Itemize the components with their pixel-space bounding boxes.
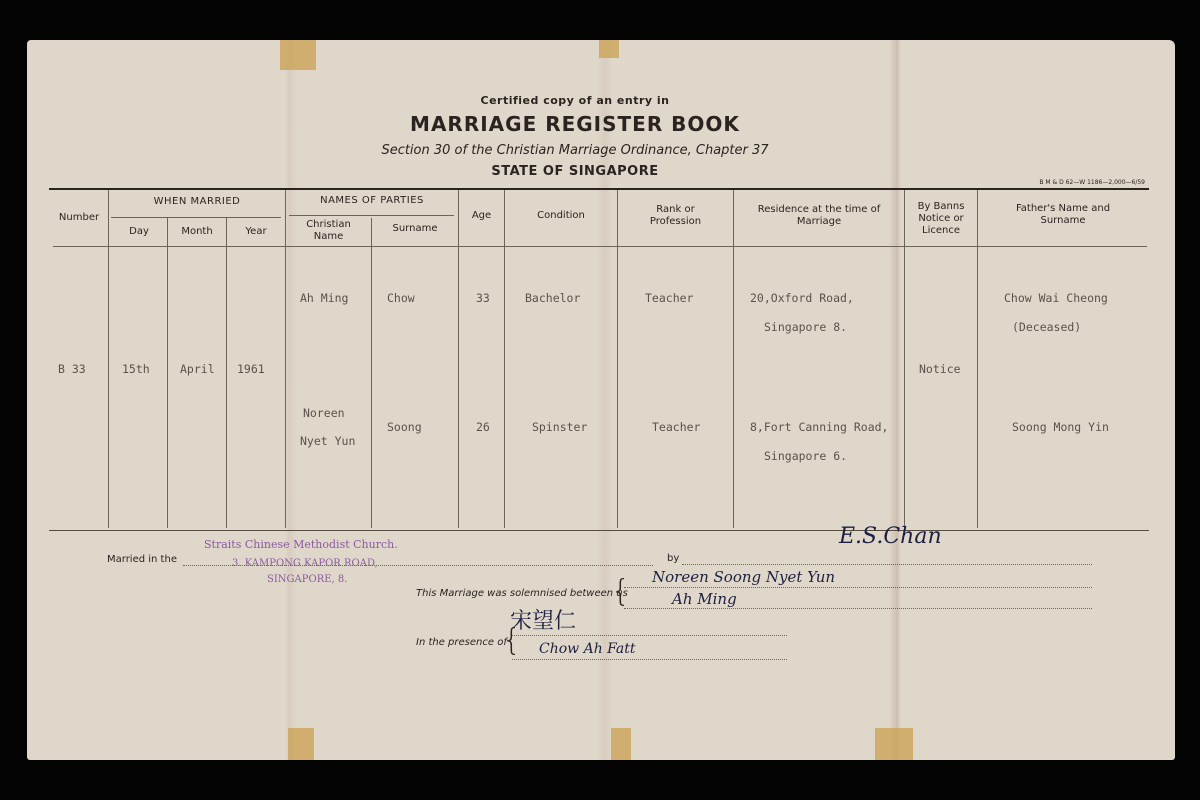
header-year: Year — [227, 226, 285, 238]
groom-residence-line1: 20,Oxford Road, — [750, 291, 854, 305]
header-name-line: Name — [286, 231, 371, 243]
witness-line-1 — [512, 635, 787, 636]
tape-strip — [875, 728, 913, 760]
column-divider — [371, 218, 372, 528]
party-signature-line-1 — [624, 587, 1092, 588]
column-divider — [617, 190, 618, 528]
by-label: by — [667, 553, 679, 564]
section-line: Section 30 of the Christian Marriage Ord… — [1, 143, 1149, 158]
header-licence-line: Licence — [905, 225, 977, 237]
tape-strip — [611, 728, 631, 760]
tape-strip — [288, 728, 314, 760]
table-top-rule — [49, 188, 1149, 190]
groom-father-name: Chow Wai Cheong — [1004, 291, 1108, 305]
church-stamp-name: Straits Chinese Methodist Church. — [204, 538, 398, 551]
church-stamp-address: 3. KAMPONG KAPOR ROAD, — [232, 558, 378, 569]
entry-month: April — [180, 362, 215, 376]
header-bottom-rule — [53, 246, 1147, 247]
entry-day: 15th — [122, 362, 150, 376]
groom-condition: Bachelor — [525, 291, 580, 305]
bride-christian-name-line2: Nyet Yun — [300, 434, 355, 448]
bride-surname: Soong — [387, 420, 422, 434]
header-father-line: Father's Name and — [978, 203, 1148, 215]
header-names-of-parties: NAMES OF PARTIES — [286, 195, 458, 207]
entry-banns: Notice — [919, 362, 961, 376]
tape-strip — [280, 40, 316, 70]
presence-label: In the presence of — [416, 637, 507, 648]
form-number: B M & D 62—W 1186—2,000—6/59 — [1039, 179, 1145, 186]
header-when-married: WHEN MARRIED — [111, 196, 283, 208]
bride-residence-line2: Singapore 6. — [764, 449, 847, 463]
column-divider — [904, 190, 905, 528]
header-profession-line: Profession — [618, 216, 733, 228]
church-stamp-city: SINGAPORE, 8. — [267, 574, 347, 585]
column-divider — [167, 218, 168, 528]
column-divider — [504, 190, 505, 528]
header-number: Number — [53, 212, 105, 224]
bride-christian-name-line1: Noreen — [303, 406, 345, 420]
header-underline — [289, 215, 454, 216]
bride-father-name: Soong Mong Yin — [1012, 420, 1109, 434]
column-divider — [108, 190, 109, 528]
groom-signature: Ah Ming — [672, 590, 737, 608]
header-rank-profession: Rank or Profession — [618, 204, 733, 228]
column-divider — [733, 190, 734, 528]
tape-strip — [599, 40, 619, 58]
bride-residence-line1: 8,Fort Canning Road, — [750, 420, 888, 434]
column-divider — [977, 190, 978, 528]
header-christian-line: Christian — [286, 219, 371, 231]
groom-profession: Teacher — [645, 291, 693, 305]
header-day: Day — [111, 226, 167, 238]
groom-age: 33 — [476, 291, 490, 305]
table-bottom-rule — [49, 530, 1149, 531]
solemnised-label: This Marriage was solemnised between us — [416, 588, 628, 599]
entry-number: B 33 — [58, 362, 86, 376]
bride-profession: Teacher — [652, 420, 700, 434]
bride-condition: Spinster — [532, 420, 587, 434]
witness-signature-chinese: 宋望仁 — [510, 604, 576, 635]
header-rank-line: Rank or — [618, 204, 733, 216]
married-in-label: Married in the — [107, 554, 177, 565]
header-marriage-line: Marriage — [734, 216, 904, 228]
party-signature-line-2 — [624, 608, 1092, 609]
header-residence-line: Residence at the time of — [734, 204, 904, 216]
column-divider — [458, 190, 459, 528]
header-surname: Surname — [372, 223, 458, 235]
header-banns-line: By Banns — [905, 201, 977, 213]
header-banns: By Banns Notice or Licence — [905, 201, 977, 237]
document-title: MARRIAGE REGISTER BOOK — [1, 112, 1149, 136]
state-line: STATE OF SINGAPORE — [1, 164, 1149, 179]
header-residence: Residence at the time of Marriage — [734, 204, 904, 228]
witness-signature-english: Chow Ah Fatt — [539, 641, 636, 657]
parties-brace: { — [611, 577, 630, 607]
bride-age: 26 — [476, 420, 490, 434]
groom-father-status: (Deceased) — [1012, 320, 1081, 334]
groom-christian-name: Ah Ming — [300, 291, 348, 305]
certificate-paper: Certified copy of an entry in MARRIAGE R… — [27, 40, 1175, 760]
entry-year: 1961 — [237, 362, 265, 376]
header-christian-name: Christian Name — [286, 219, 371, 243]
certified-line: Certified copy of an entry in — [1, 94, 1149, 107]
header-father-surname-line: Surname — [978, 215, 1148, 227]
groom-residence-line2: Singapore 8. — [764, 320, 847, 334]
header-age: Age — [459, 210, 504, 222]
column-divider — [226, 218, 227, 528]
officiant-signature: E.S.Chan — [839, 524, 942, 549]
header-father: Father's Name and Surname — [978, 203, 1148, 227]
header-month: Month — [168, 226, 226, 238]
officiant-line — [682, 564, 1092, 565]
header-underline — [111, 217, 281, 218]
header-notice-line: Notice or — [905, 213, 977, 225]
header-condition: Condition — [505, 210, 617, 222]
witness-line-2 — [512, 659, 787, 660]
bride-signature: Noreen Soong Nyet Yun — [652, 568, 835, 586]
groom-surname: Chow — [387, 291, 415, 305]
